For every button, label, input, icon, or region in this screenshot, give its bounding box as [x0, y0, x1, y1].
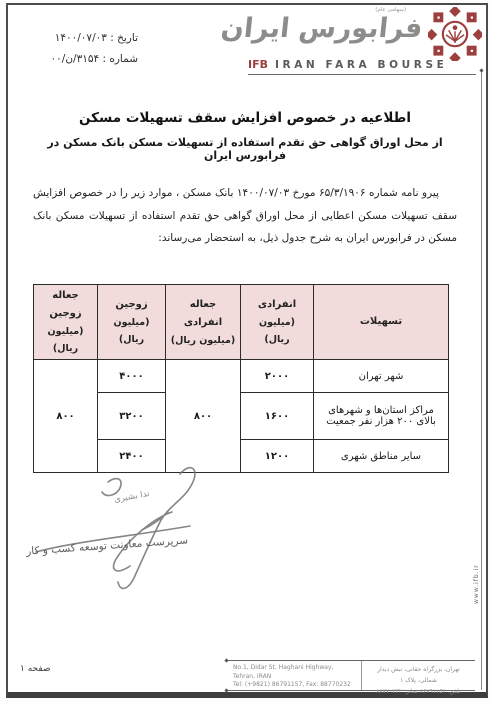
col-facility-label: تسهیلات — [318, 313, 444, 331]
col-jaleh-couples-header: جعاله زوجین (میلیون ریال) — [34, 285, 98, 360]
letter-subtitle: از محل اوراق گواهی حق تقدم استفاده از تس… — [33, 136, 457, 162]
col-jaleh-couples-label: جعاله زوجین — [38, 287, 93, 323]
page-number: صفحه ۱ — [20, 664, 51, 674]
footer-box: No.1, Didar St, Haghani Highway, Tehran,… — [228, 660, 475, 691]
letter-meta-block: تاریخ : ۱۴۰۰/۰۷/۰۳ شماره : ۳۱۵۴/ن/۰۰ — [18, 28, 138, 70]
brand-name-fa: فرابورس ایران — [219, 13, 424, 44]
col-individual-header: انفرادی (میلیون ریال) — [241, 285, 314, 360]
col-couples-unit: (میلیون ریال) — [102, 314, 161, 348]
individual-cell: ۱۶۰۰ — [241, 393, 314, 440]
footer-address-fa: تهران، بزرگراه حقانی، نبش دیدار شمالی، پ… — [361, 661, 475, 690]
footer-address-fa-line2: تلفن: ۸۶۷۹۱۱۵۷ نمابر: ۸۸۷۷۰۲۳۲ — [368, 687, 469, 698]
couples-cell: ۳۲۰۰ — [98, 393, 166, 440]
ifb-emblem-icon — [428, 7, 482, 65]
letter-title: اطلاعیه در خصوص افزایش سقف تسهیلات مسکن — [33, 110, 457, 126]
facility-cell: مراکز استان‌ها و شهرهای بالای ۲۰۰ هزار ن… — [314, 393, 449, 440]
footer-address-en-line3: Tel: (+9821) 86791157, Fax: 88770232 — [233, 681, 356, 690]
col-individual-unit: (میلیون ریال) — [245, 314, 309, 348]
col-jaleh-individual-header: جعاله انفرادی (میلیون ریال) — [166, 285, 241, 360]
col-jaleh-individual-unit: (میلیون ریال) — [170, 332, 236, 349]
facility-cell: سایر مناطق شهری — [314, 440, 449, 473]
footer-address-en-line1: No.1, Didar St, Haghani Highway, — [233, 664, 356, 673]
signature-block: ندا بشیری سرپرست معاونت توسعه کسب و کار — [22, 460, 252, 595]
signature-flourish-icon — [22, 460, 252, 595]
letter-body: پیرو نامه شماره ۶۵/۳/۱۹۰۶ مورخ ۱۴۰۰/۰۷/۰… — [33, 182, 457, 250]
col-individual-label: انفرادی — [245, 296, 309, 314]
facilities-table: تسهیلات انفرادی (میلیون ریال) جعاله انفر… — [33, 284, 449, 473]
table-row: شهر تهران ۲۰۰۰ ۸۰۰ ۴۰۰۰ ۸۰۰ — [34, 360, 449, 393]
brand-block: (سهامی عام) فرابورس ایران — [244, 5, 484, 71]
couples-cell: ۴۰۰۰ — [98, 360, 166, 393]
letter-date: تاریخ : ۱۴۰۰/۰۷/۰۳ — [18, 28, 138, 49]
brand-wordmark-row: IFB IRAN FARA BOURSE — [248, 58, 476, 75]
jaleh-couples-merged-cell: ۸۰۰ — [34, 360, 98, 473]
table-header-row: تسهیلات انفرادی (میلیون ریال) جعاله انفر… — [34, 285, 449, 360]
brand-name-en: IRAN FARA BOURSE — [275, 59, 447, 71]
col-couples-label: زوجین — [102, 296, 161, 314]
footer-address-fa-line1: تهران، بزرگراه حقانی، نبش دیدار شمالی، پ… — [368, 665, 469, 687]
col-jaleh-individual-label: جعاله انفرادی — [170, 296, 236, 332]
col-jaleh-couples-unit: (میلیون ریال) — [38, 323, 93, 357]
brand-abbr: IFB — [248, 58, 268, 71]
letter-number: شماره : ۳۱۵۴/ن/۰۰ — [18, 49, 138, 70]
col-couples-header: زوجین (میلیون ریال) — [98, 285, 166, 360]
col-facility-header: تسهیلات — [314, 285, 449, 360]
footer-address-en: No.1, Didar St, Haghani Highway, Tehran,… — [228, 661, 361, 690]
individual-cell: ۲۰۰۰ — [241, 360, 314, 393]
jaleh-individual-merged-cell: ۸۰۰ — [166, 360, 241, 473]
website-vertical-label: www.ifb.ir — [473, 552, 487, 616]
footer-address-en-line2: Tehran, IRAN — [233, 673, 356, 682]
facility-cell: شهر تهران — [314, 360, 449, 393]
